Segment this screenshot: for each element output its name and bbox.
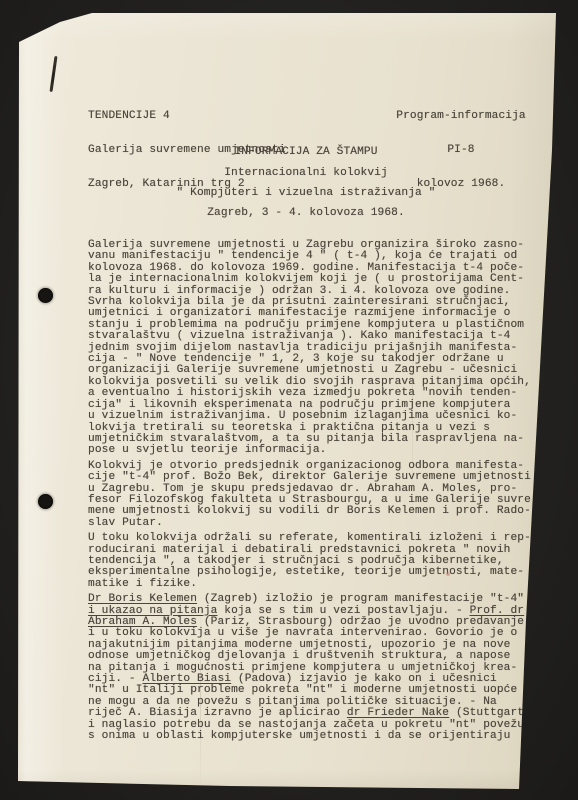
punch-hole-bottom [38, 494, 53, 509]
underlined-name: dr Frieder Nake [347, 707, 449, 719]
scan-background: TENDENCIJE 4 Galerija suvremene umjetnos… [0, 0, 578, 800]
event-date: Zagreb, 3 - 4. kolovoza 1968. [88, 208, 524, 219]
page-title: INFORMACIJA ZA ŠTAMPU [88, 147, 524, 158]
underlined-name: i ukazao na pitanja [88, 605, 217, 617]
org-series: TENDENCIJE 4 [88, 111, 286, 122]
underlined-name: Dr Boris Kelemen [88, 593, 197, 605]
punch-hole-top [38, 288, 53, 303]
text-line: s onima u oblasti kompjuterske umjetnost… [88, 731, 534, 742]
event-title: " Kompjuteri i vizuelna istraživanja " [88, 188, 524, 199]
text-line: matike i fizike. [88, 579, 534, 590]
fold-crease [18, 0, 123, 12]
paragraph: U toku kolokvija održali su referate, ko… [88, 533, 534, 590]
text-line: pose u svjetlu teorije informacija. [88, 445, 534, 456]
body-text: Galerija suvremene umjetnosti u Zagrebu … [88, 240, 534, 742]
text-line: slav Putar. [88, 518, 534, 529]
paper-sheet: TENDENCIJE 4 Galerija suvremene umjetnos… [0, 0, 578, 800]
doc-type: Program-informacija [394, 111, 528, 122]
page-subtitle: Internacionalni kolokvij [88, 168, 524, 179]
underlined-name: Prof. dr [470, 605, 525, 617]
ink-speck [446, 572, 450, 576]
paragraph: Kolokvij je otvorio predsjednik organiza… [88, 461, 534, 529]
paragraph: Galerija suvremene umjetnosti u Zagrebu … [88, 240, 534, 457]
paragraph: Dr Boris Kelemen (Zagreb) izložio je pro… [88, 594, 534, 742]
